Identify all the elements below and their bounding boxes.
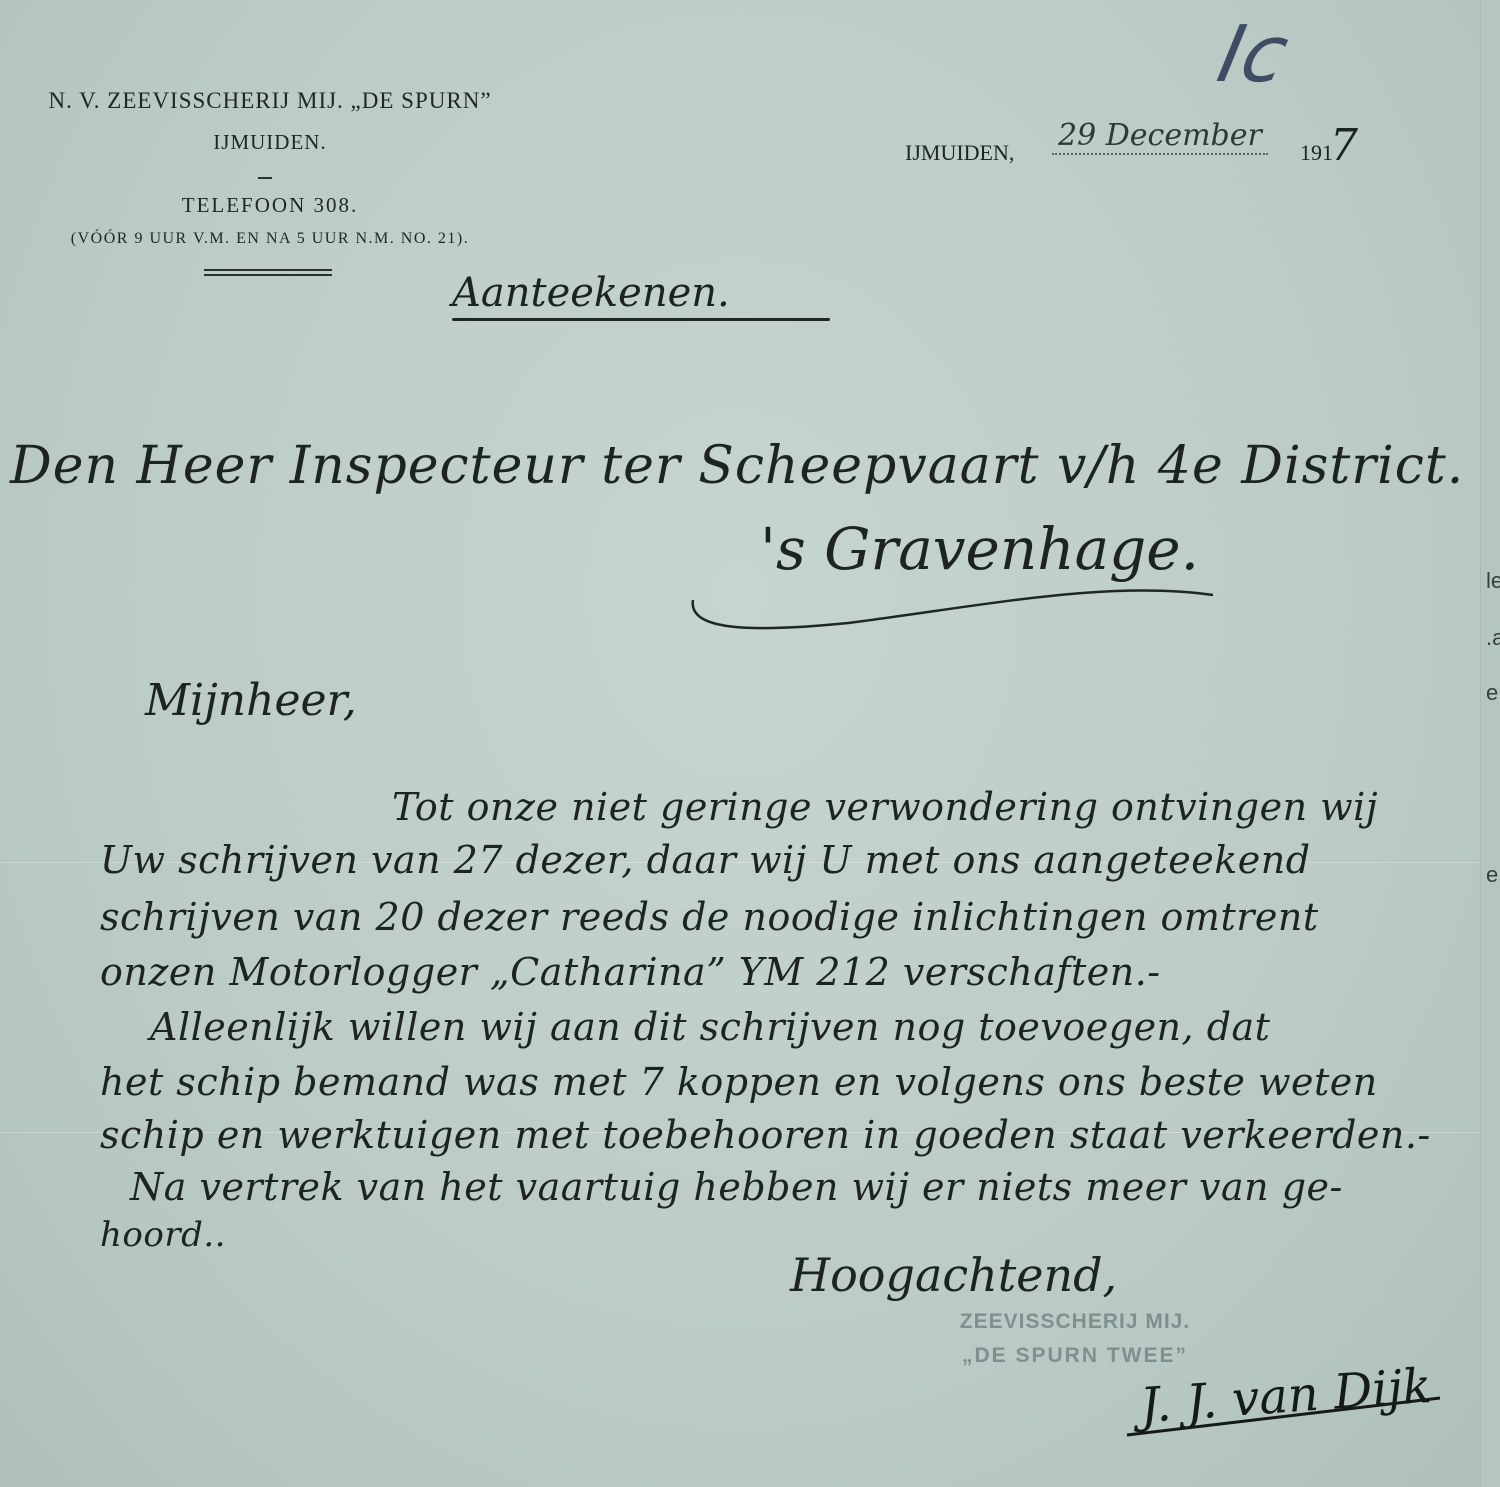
stamp-line-1: ZEEVISSCHERIJ MIJ.	[915, 1310, 1235, 1334]
letterhead-phone: TELEFOON 308.	[0, 193, 540, 218]
letterhead-double-rule	[204, 269, 332, 276]
stamp-line-2: „DE SPURN TWEE”	[915, 1344, 1235, 1368]
date-day-month: 29 December	[1052, 118, 1268, 155]
letterhead-divider	[258, 177, 272, 179]
margin-fragment: e	[1486, 862, 1498, 888]
addressee-line-1: Den Heer Inspecteur ter Scheepvaart v/h …	[10, 436, 1464, 496]
address-flourish	[688, 575, 1248, 635]
registration-underline	[452, 318, 830, 321]
body-line: Tot onze niet geringe verwondering ontvi…	[392, 785, 1378, 829]
date-place: IJMUIDEN,	[905, 140, 1014, 166]
salutation: Mijnheer,	[145, 675, 357, 726]
body-line: het schip bemand was met 7 koppen en vol…	[100, 1060, 1378, 1104]
adjacent-page-edge	[1480, 0, 1500, 1487]
body-line: Alleenlijk willen wij aan dit schrijven …	[150, 1005, 1270, 1049]
body-line: schip en werktuigen met toebehooren in g…	[100, 1113, 1431, 1157]
letterhead-hours: (VÓÓR 9 UUR V.M. EN NA 5 UUR N.M. NO. 21…	[0, 230, 540, 248]
margin-fragment: e	[1486, 680, 1498, 706]
letterhead-city: IJMUIDEN.	[0, 130, 540, 155]
body-line: hoord..	[100, 1215, 226, 1255]
date-year-digit: 7	[1330, 120, 1358, 171]
addressee-line-2: 's Gravenhage.	[760, 515, 1199, 583]
company-stamp: ZEEVISSCHERIJ MIJ. „DE SPURN TWEE”	[915, 1310, 1235, 1368]
letterhead-company: N. V. ZEEVISSCHERIJ MIJ. „DE SPURN”	[0, 88, 540, 114]
letter-paper	[0, 0, 1480, 1487]
body-line: Uw schrijven van 27 dezer, daar wij U me…	[100, 838, 1311, 882]
body-line: schrijven van 20 dezer reeds de noodige …	[100, 895, 1319, 939]
margin-fragment: le	[1486, 568, 1500, 594]
signature-underline	[1125, 1390, 1445, 1440]
margin-fragment: .a	[1486, 625, 1500, 651]
registration-note: Aanteekenen.	[452, 270, 730, 316]
date-year-printed: 191	[1300, 140, 1333, 166]
body-line: Na vertrek van het vaartuig hebben wij e…	[130, 1165, 1343, 1209]
body-line: onzen Motorlogger „Catharina” YM 212 ver…	[100, 950, 1161, 994]
closing: Hoogachtend,	[790, 1248, 1117, 1302]
